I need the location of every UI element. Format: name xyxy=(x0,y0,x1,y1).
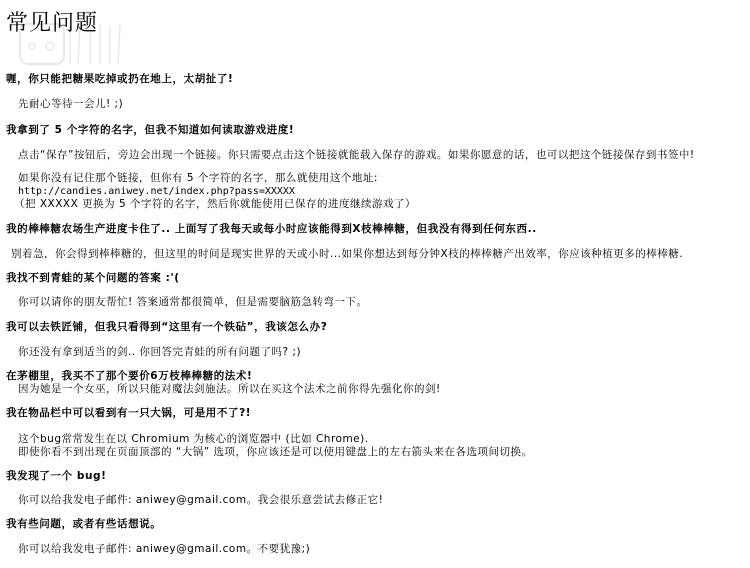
faq-answer: 即使你看不到出现在页面顶部的 “大锅” 选项，你应该还是可以使用键盘上的左右箭头… xyxy=(18,446,533,459)
faq-answer: 别着急，你会得到棒棒糖的，但这里的时间是现实世界的天或小时...如果你想达到每分… xyxy=(11,248,683,261)
save-url-link[interactable]: http://candies.aniwey.net/index.php?pass… xyxy=(18,185,295,198)
faq-answer: 先耐心等待一会儿! ;) xyxy=(18,98,123,111)
faq-question: 我拿到了 5 个字符的名字，但我不知道如何读取游戏进度! xyxy=(6,124,294,137)
faq-answer: 你可以给我发电子邮件: aniwey@gmail.com。不要犹豫;) xyxy=(18,543,310,556)
faq-question: 我的棒棒糖农场生产进度卡住了.. 上面写了我每天或每小时应该能得到X枝棒棒糖，但… xyxy=(6,223,537,236)
faq-question: 我在物品栏中可以看到有一只大锅，可是用不了?! xyxy=(6,407,251,420)
faq-answer: 因为她是一个女巫，所以只能对魔法剑施法。所以在买这个法术之前你得先强化你的剑! xyxy=(18,383,441,396)
faq-answer: 如果你没有记住那个链接，但你有 5 个字符的名字，那么就使用这个地址: xyxy=(18,172,378,185)
faq-question: 我可以去铁匠铺，但我只看得到“这里有一个铁砧”，我该怎么办? xyxy=(6,321,327,334)
faq-question: 喱，你只能把糖果吃掉或扔在地上，太胡扯了! xyxy=(6,73,233,86)
faq-question: 我发现了一个 bug! xyxy=(6,470,107,483)
page-title: 常见问题 xyxy=(6,6,98,37)
faq-answer: 你可以给我发电子邮件: aniwey@gmail.com。我会很乐意尝试去修正它… xyxy=(18,494,383,507)
faq-answer: （把 XXXXX 更换为 5 个字符的名字，然后你就能使用已保存的进度继续游戏了… xyxy=(14,198,416,211)
faq-question: 我找不到青蛙的某个问题的答案 :'( xyxy=(6,272,180,285)
faq-question: 我有些问题，或者有些话想说。 xyxy=(6,518,161,531)
faq-answer: 你还没有拿到适当的剑.. 你回答完青蛙的所有问题了吗? ;) xyxy=(18,346,301,359)
faq-question: 在茅棚里，我买不了那个要价6万枝棒棒糖的法术! xyxy=(6,370,252,383)
faq-answer: 点击“保存”按钮后，旁边会出现一个链接。你只需要点击这个链接就能载入保存的游戏。… xyxy=(18,149,695,162)
faq-answer: 这个bug常常发生在以 Chromium 为核心的浏览器中 (比如 Chrome… xyxy=(18,433,369,446)
faq-answer: 你可以请你的朋友帮忙! 答案通常都很简单，但是需要脑筋急转弯一下。 xyxy=(18,296,368,309)
